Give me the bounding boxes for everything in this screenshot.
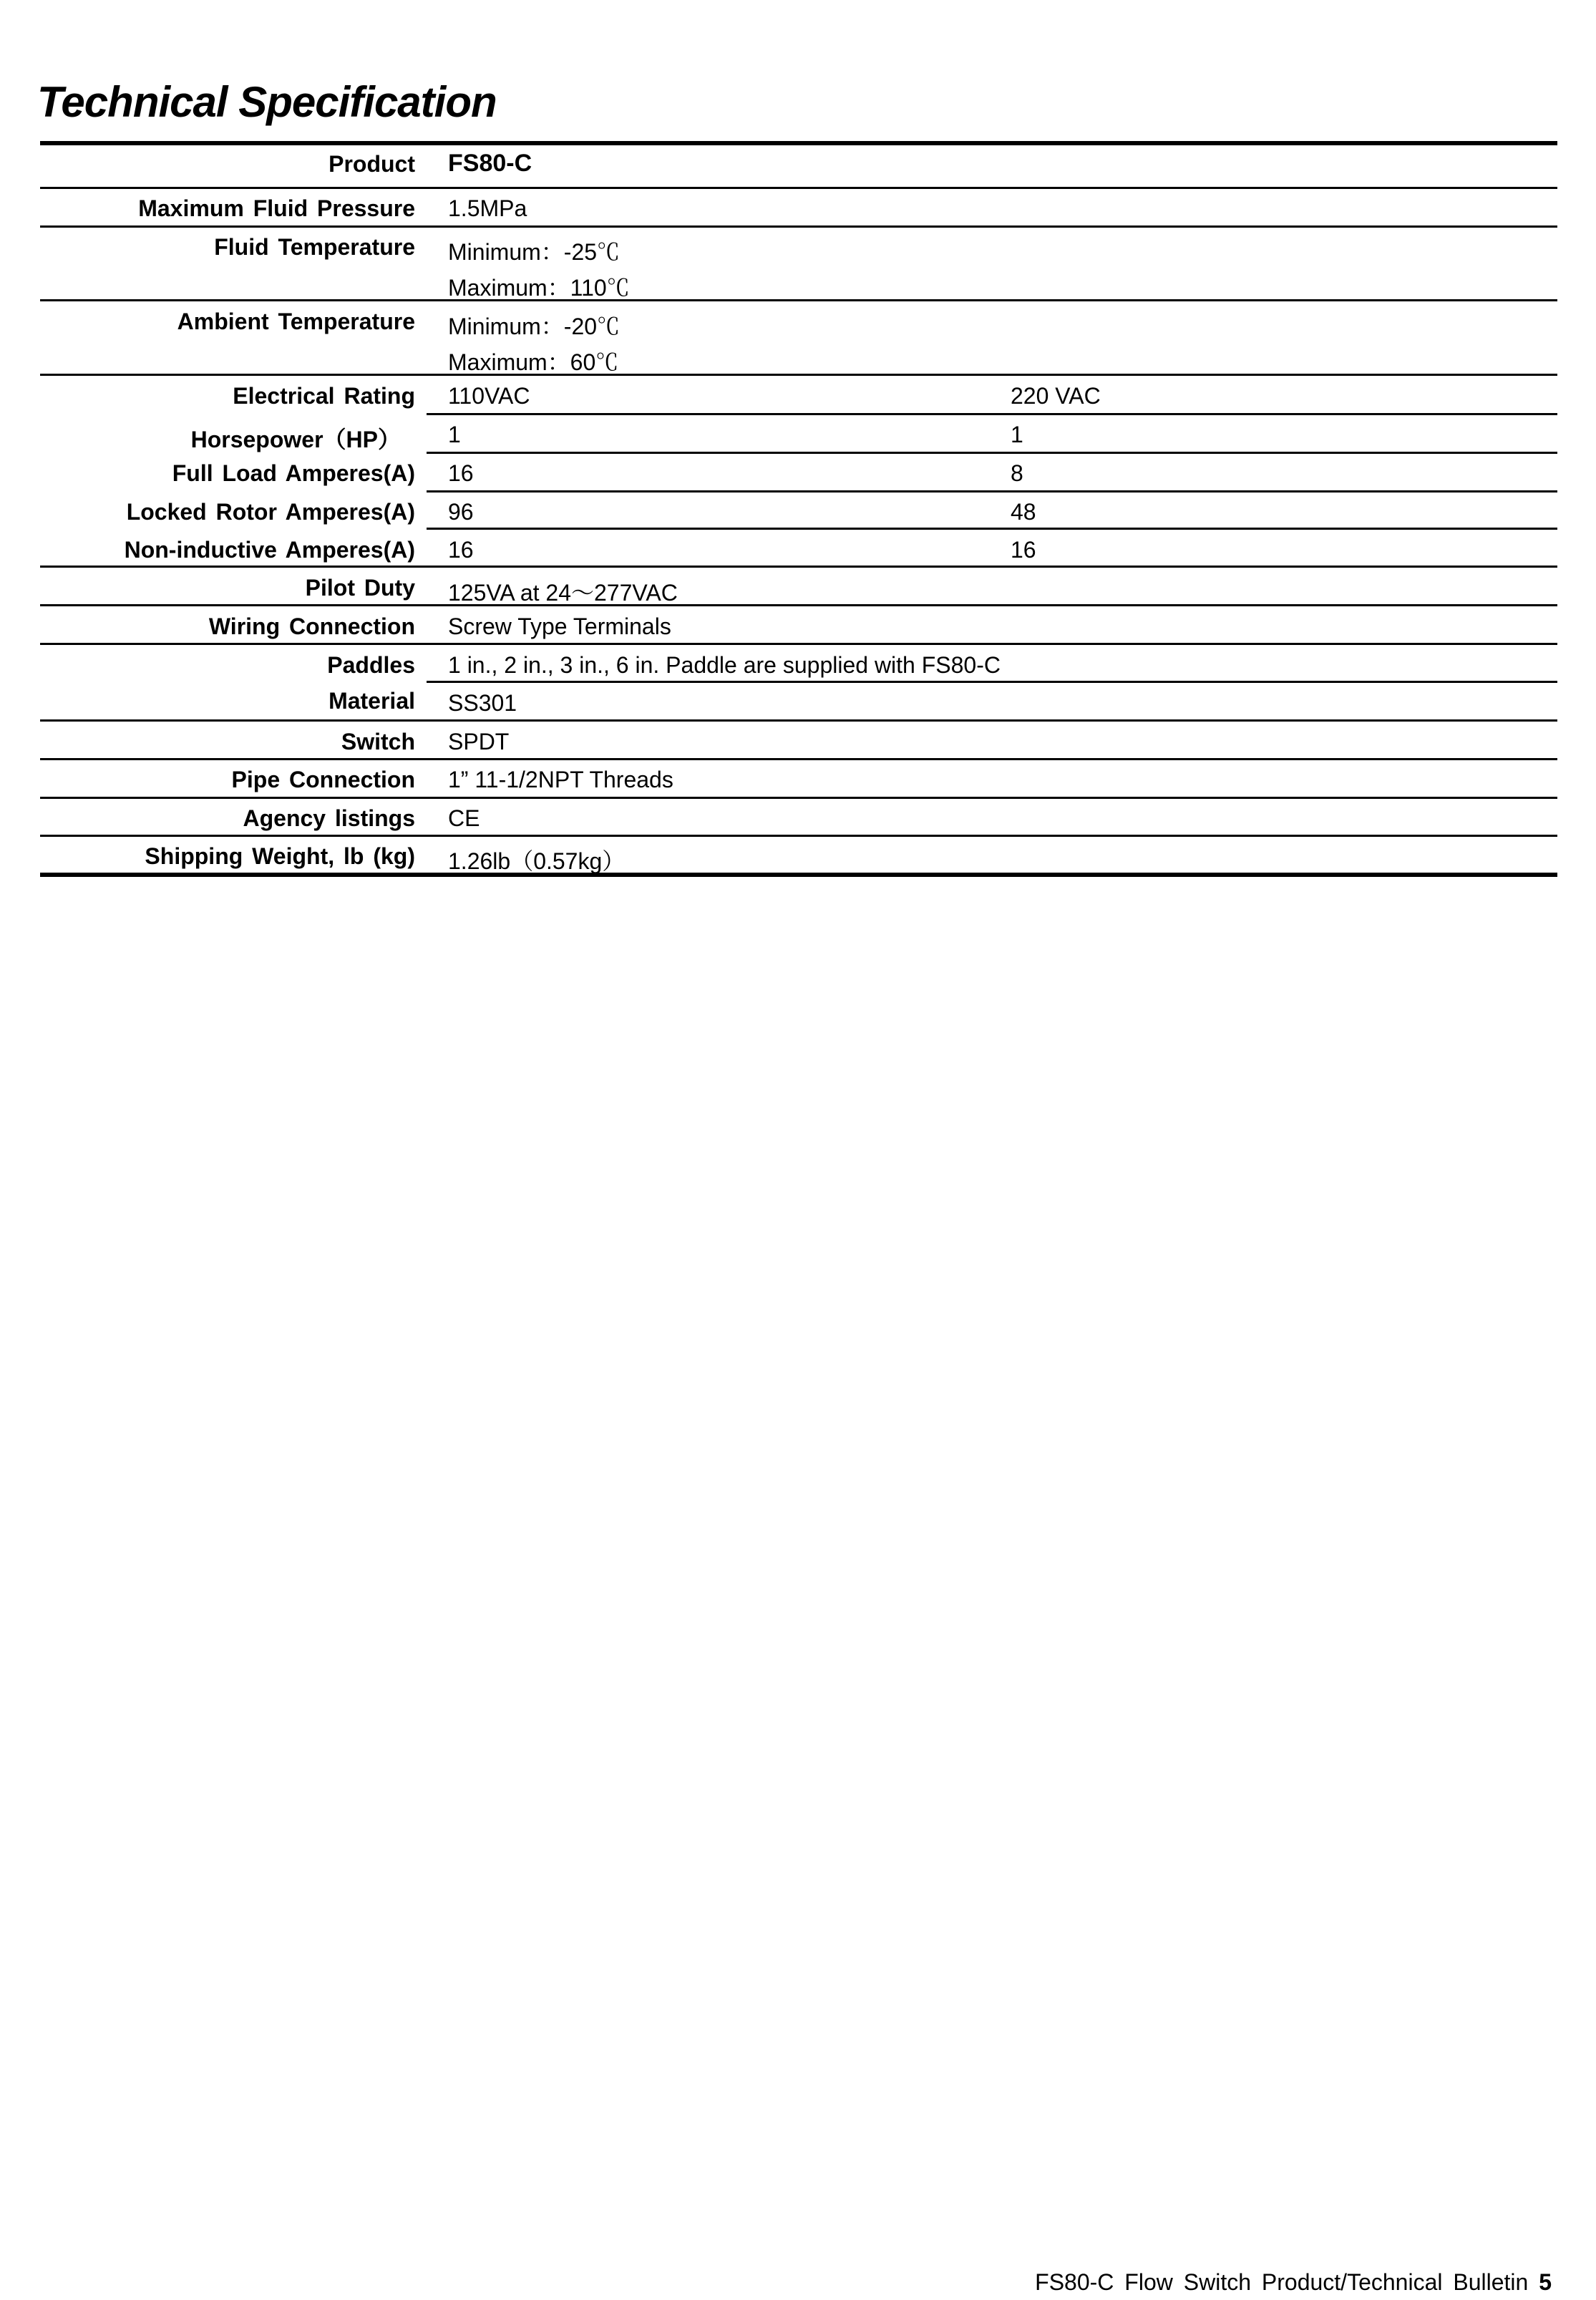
value-220vac: 220 VAC: [1011, 383, 1101, 409]
value-agency-listings: CE: [448, 805, 480, 832]
value-fluid-temp-max: Maximum：110℃: [448, 270, 630, 303]
row-divider: [40, 643, 1557, 645]
value-material: SS301: [448, 690, 517, 717]
label-full-load-amperes: Full Load Amperes(A): [172, 460, 415, 487]
value-pilot-duty: 125VA at 24～277VAC: [448, 575, 678, 608]
label-agency-listings: Agency listings: [243, 805, 416, 832]
value-full-load-220: 8: [1011, 460, 1023, 487]
value-wiring-connection: Screw Type Terminals: [448, 613, 671, 640]
row-divider: [427, 528, 1557, 530]
value-ambient-temp-max: Maximum：60℃: [448, 344, 618, 377]
row-divider: [427, 681, 1557, 683]
label-locked-rotor-amperes: Locked Rotor Amperes(A): [127, 499, 415, 525]
label-fluid-temperature: Fluid Temperature: [214, 234, 415, 261]
row-divider: [40, 374, 1557, 376]
page-footer: FS80-C Flow Switch Product/Technical Bul…: [1035, 2269, 1552, 2296]
value-110vac: 110VAC: [448, 383, 530, 409]
value-horsepower-110: 1: [448, 422, 461, 448]
label-pilot-duty: Pilot Duty: [306, 575, 415, 601]
value-paddles: 1 in., 2 in., 3 in., 6 in. Paddle are su…: [448, 652, 1001, 679]
row-divider: [40, 225, 1557, 228]
row-divider: [427, 452, 1557, 454]
row-divider: [40, 566, 1557, 568]
footer-text: FS80-C Flow Switch Product/Technical Bul…: [1035, 2269, 1528, 2295]
row-divider: [40, 299, 1557, 301]
label-non-inductive-amperes: Non-inductive Amperes(A): [125, 537, 415, 563]
label-wiring-connection: Wiring Connection: [209, 613, 415, 640]
row-divider: [427, 413, 1557, 415]
table-bottom-rule: [40, 873, 1557, 877]
page-number: 5: [1539, 2269, 1552, 2295]
value-switch: SPDT: [448, 729, 509, 755]
value-full-load-110: 16: [448, 460, 474, 487]
value-shipping-weight: 1.26lb（0.57kg）: [448, 843, 625, 876]
page-title: Technical Specification: [37, 77, 497, 127]
label-ambient-temperature: Ambient Temperature: [177, 309, 415, 335]
label-switch: Switch: [341, 729, 415, 755]
row-divider: [40, 797, 1557, 799]
label-product: Product: [329, 151, 415, 178]
row-divider: [40, 835, 1557, 837]
label-electrical-rating: Electrical Rating: [233, 383, 415, 409]
label-material: Material: [329, 688, 415, 714]
row-divider: [40, 604, 1557, 606]
row-divider: [40, 758, 1557, 760]
table-top-rule: [40, 141, 1557, 145]
value-non-inductive-110: 16: [448, 537, 474, 563]
value-non-inductive-220: 16: [1011, 537, 1036, 563]
value-max-fluid-pressure: 1.5MPa: [448, 195, 527, 222]
label-paddles: Paddles: [327, 652, 415, 679]
value-pipe-connection: 1” 11-1/2NPT Threads: [448, 767, 673, 793]
label-shipping-weight: Shipping Weight, lb (kg): [145, 843, 415, 870]
row-divider: [40, 719, 1557, 722]
value-ambient-temp-min: Minimum：-20℃: [448, 309, 620, 341]
value-locked-rotor-110: 96: [448, 499, 474, 525]
label-pipe-connection: Pipe Connection: [232, 767, 415, 793]
row-divider: [40, 187, 1557, 189]
label-horsepower: Horsepower（HP）: [191, 422, 401, 455]
value-product: FS80-C: [448, 150, 532, 178]
value-horsepower-220: 1: [1011, 422, 1023, 448]
value-fluid-temp-min: Minimum：-25℃: [448, 234, 620, 267]
value-locked-rotor-220: 48: [1011, 499, 1036, 525]
label-max-fluid-pressure: Maximum Fluid Pressure: [138, 195, 415, 222]
row-divider: [427, 490, 1557, 492]
